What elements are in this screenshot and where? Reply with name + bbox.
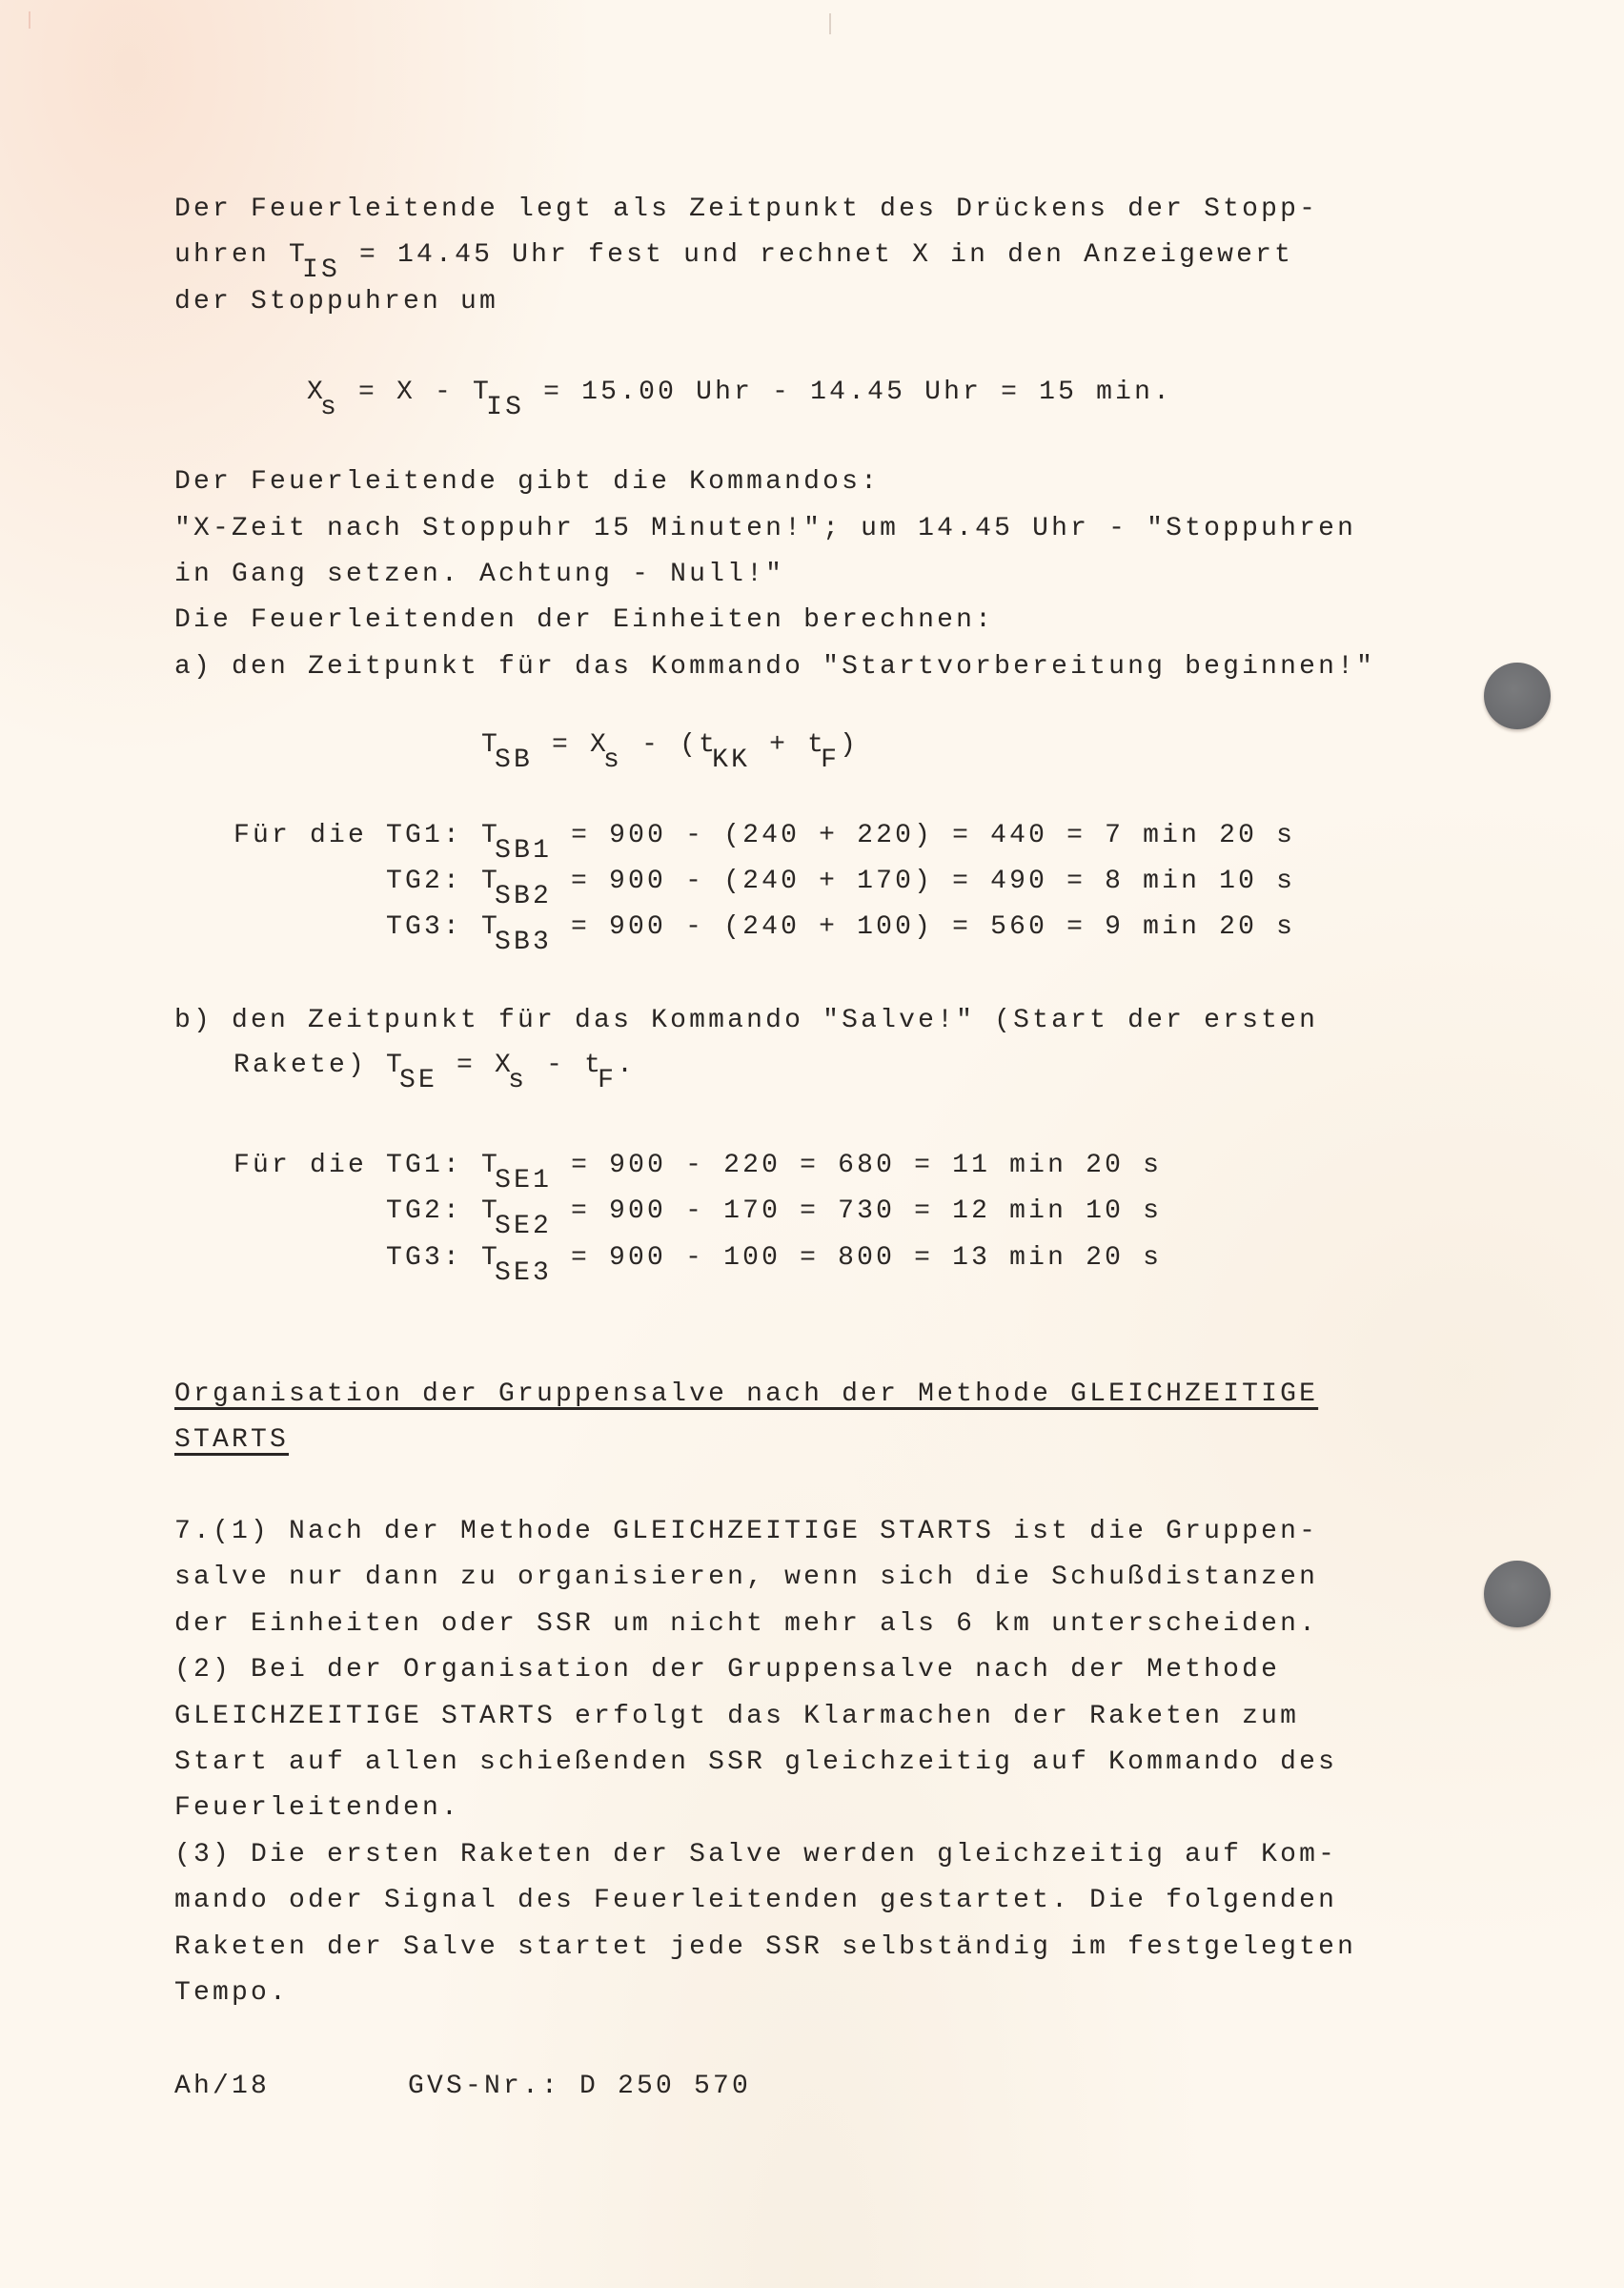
text: + t bbox=[750, 730, 826, 760]
text: uhren T bbox=[174, 240, 308, 270]
commands-line-2: "X-Zeit nach Stoppuhr 15 Minuten!"; um 1… bbox=[174, 516, 1356, 542]
section-7-line: Tempo. bbox=[174, 1980, 289, 2007]
text: TG2: bbox=[386, 867, 481, 896]
commands-line-3: in Gang setzen. Achtung - Null!" bbox=[174, 562, 784, 588]
section-7-line: mando oder Signal des Feuerleitenden ges… bbox=[174, 1888, 1337, 1914]
commands-line-5: a) den Zeitpunkt für das Kommando "Start… bbox=[174, 654, 1375, 681]
subscript: SB bbox=[495, 746, 533, 775]
footer-page-ref: Ah/18 bbox=[174, 2073, 270, 2100]
text: Für die TG1: bbox=[233, 821, 481, 850]
subscript: SE bbox=[399, 1066, 437, 1095]
subscript: s bbox=[603, 746, 622, 775]
subscript: s bbox=[508, 1066, 527, 1095]
tse-row-3: TG3: TSE3 = 900 - 100 = 800 = 13 min 20 … bbox=[386, 1245, 1162, 1274]
subscript: SE2 bbox=[495, 1212, 552, 1241]
subscript: s bbox=[320, 393, 339, 422]
text: = 900 - (240 + 100) = 560 = 9 min 20 s bbox=[552, 912, 1295, 942]
text: = 900 - (240 + 220) = 440 = 7 min 20 s bbox=[552, 821, 1295, 850]
formula-tsb: TSB = Xs - (tKK + tF) bbox=[481, 732, 859, 761]
subscript: F bbox=[821, 746, 840, 775]
subscript: KK bbox=[712, 746, 750, 775]
subscript: IS bbox=[486, 393, 524, 422]
punch-hole-bottom bbox=[1484, 1561, 1551, 1627]
section-7-line: Start auf allen schießenden SSR gleichze… bbox=[174, 1749, 1337, 1776]
section-7-line: salve nur dann zu organisieren, wenn sic… bbox=[174, 1564, 1318, 1591]
section-7-line: (3) Die ersten Raketen der Salve werden … bbox=[174, 1842, 1337, 1869]
text: = 14.45 Uhr fest und rechnet X in den An… bbox=[340, 240, 1293, 270]
subscript: SE1 bbox=[495, 1166, 552, 1195]
text: = 900 - (240 + 170) = 490 = 8 min 10 s bbox=[552, 867, 1295, 896]
tsb-row-3: TG3: TSB3 = 900 - (240 + 100) = 560 = 9 … bbox=[386, 914, 1295, 943]
footer-doc-number: GVS-Nr.: D 250 570 bbox=[408, 2073, 751, 2100]
punch-hole-top bbox=[1484, 663, 1551, 729]
tsb-row-2: TG2: TSB2 = 900 - (240 + 170) = 490 = 8 … bbox=[386, 868, 1295, 897]
text: = 15.00 Uhr - 14.45 Uhr = 15 min. bbox=[524, 378, 1172, 407]
subscript: F bbox=[598, 1066, 617, 1095]
text: . bbox=[617, 1051, 636, 1080]
section-7-line: Feuerleitenden. bbox=[174, 1795, 460, 1822]
section-7-line: GLEICHZEITIGE STARTS erfolgt das Klarmac… bbox=[174, 1704, 1299, 1730]
text: = X bbox=[533, 730, 609, 760]
intro-line-1: Der Feuerleitende legt als Zeitpunkt des… bbox=[174, 196, 1318, 223]
section-7-line: 7.(1) Nach der Methode GLEICHZEITIGE STA… bbox=[174, 1519, 1318, 1545]
paper-mark bbox=[829, 13, 831, 34]
part-b-line-1: b) den Zeitpunkt für das Kommando "Salve… bbox=[174, 1008, 1318, 1034]
formula-xs: Xs = X - TIS = 15.00 Uhr - 14.45 Uhr = 1… bbox=[307, 379, 1172, 408]
text: TG3: bbox=[386, 912, 481, 942]
paper-mark bbox=[29, 11, 30, 29]
text: = X bbox=[437, 1051, 514, 1080]
text: = 900 - 170 = 730 = 12 min 10 s bbox=[552, 1196, 1162, 1226]
subscript: SB2 bbox=[495, 882, 552, 911]
tsb-row-1: Für die TG1: TSB1 = 900 - (240 + 220) = … bbox=[233, 823, 1295, 851]
section-7-line: der Einheiten oder SSR um nicht mehr als… bbox=[174, 1611, 1318, 1638]
text: = 900 - 220 = 680 = 11 min 20 s bbox=[552, 1151, 1162, 1180]
text: TG2: bbox=[386, 1196, 481, 1226]
text: Rakete) T bbox=[233, 1051, 405, 1080]
tse-row-1: Für die TG1: TSE1 = 900 - 220 = 680 = 11… bbox=[233, 1153, 1162, 1181]
commands-line-4: Die Feuerleitenden der Einheiten berechn… bbox=[174, 607, 994, 634]
text: = X - T bbox=[339, 378, 492, 407]
text: - (t bbox=[622, 730, 718, 760]
subscript: SB3 bbox=[495, 928, 552, 957]
text: TG3: bbox=[386, 1243, 481, 1273]
part-b-line-2: Rakete) TSE = Xs - tF. bbox=[233, 1052, 636, 1081]
intro-line-3: der Stoppuhren um bbox=[174, 289, 498, 316]
text: Für die TG1: bbox=[233, 1151, 481, 1180]
section-heading-line-2: STARTS bbox=[174, 1427, 289, 1454]
subscript: IS bbox=[302, 255, 340, 285]
subscript: SE3 bbox=[495, 1258, 552, 1288]
commands-line-1: Der Feuerleitende gibt die Kommandos: bbox=[174, 469, 880, 496]
subscript: SB1 bbox=[495, 836, 552, 866]
intro-line-2: uhren TIS = 14.45 Uhr fest und rechnet X… bbox=[174, 242, 1293, 271]
section-heading-line-1: Organisation der Gruppensalve nach der M… bbox=[174, 1381, 1318, 1408]
tse-row-2: TG2: TSE2 = 900 - 170 = 730 = 12 min 10 … bbox=[386, 1198, 1162, 1227]
text: - t bbox=[527, 1051, 603, 1080]
text: = 900 - 100 = 800 = 13 min 20 s bbox=[552, 1243, 1162, 1273]
section-7-line: (2) Bei der Organisation der Gruppensalv… bbox=[174, 1657, 1280, 1684]
text: ) bbox=[840, 730, 859, 760]
section-7-line: Raketen der Salve startet jede SSR selbs… bbox=[174, 1934, 1356, 1961]
